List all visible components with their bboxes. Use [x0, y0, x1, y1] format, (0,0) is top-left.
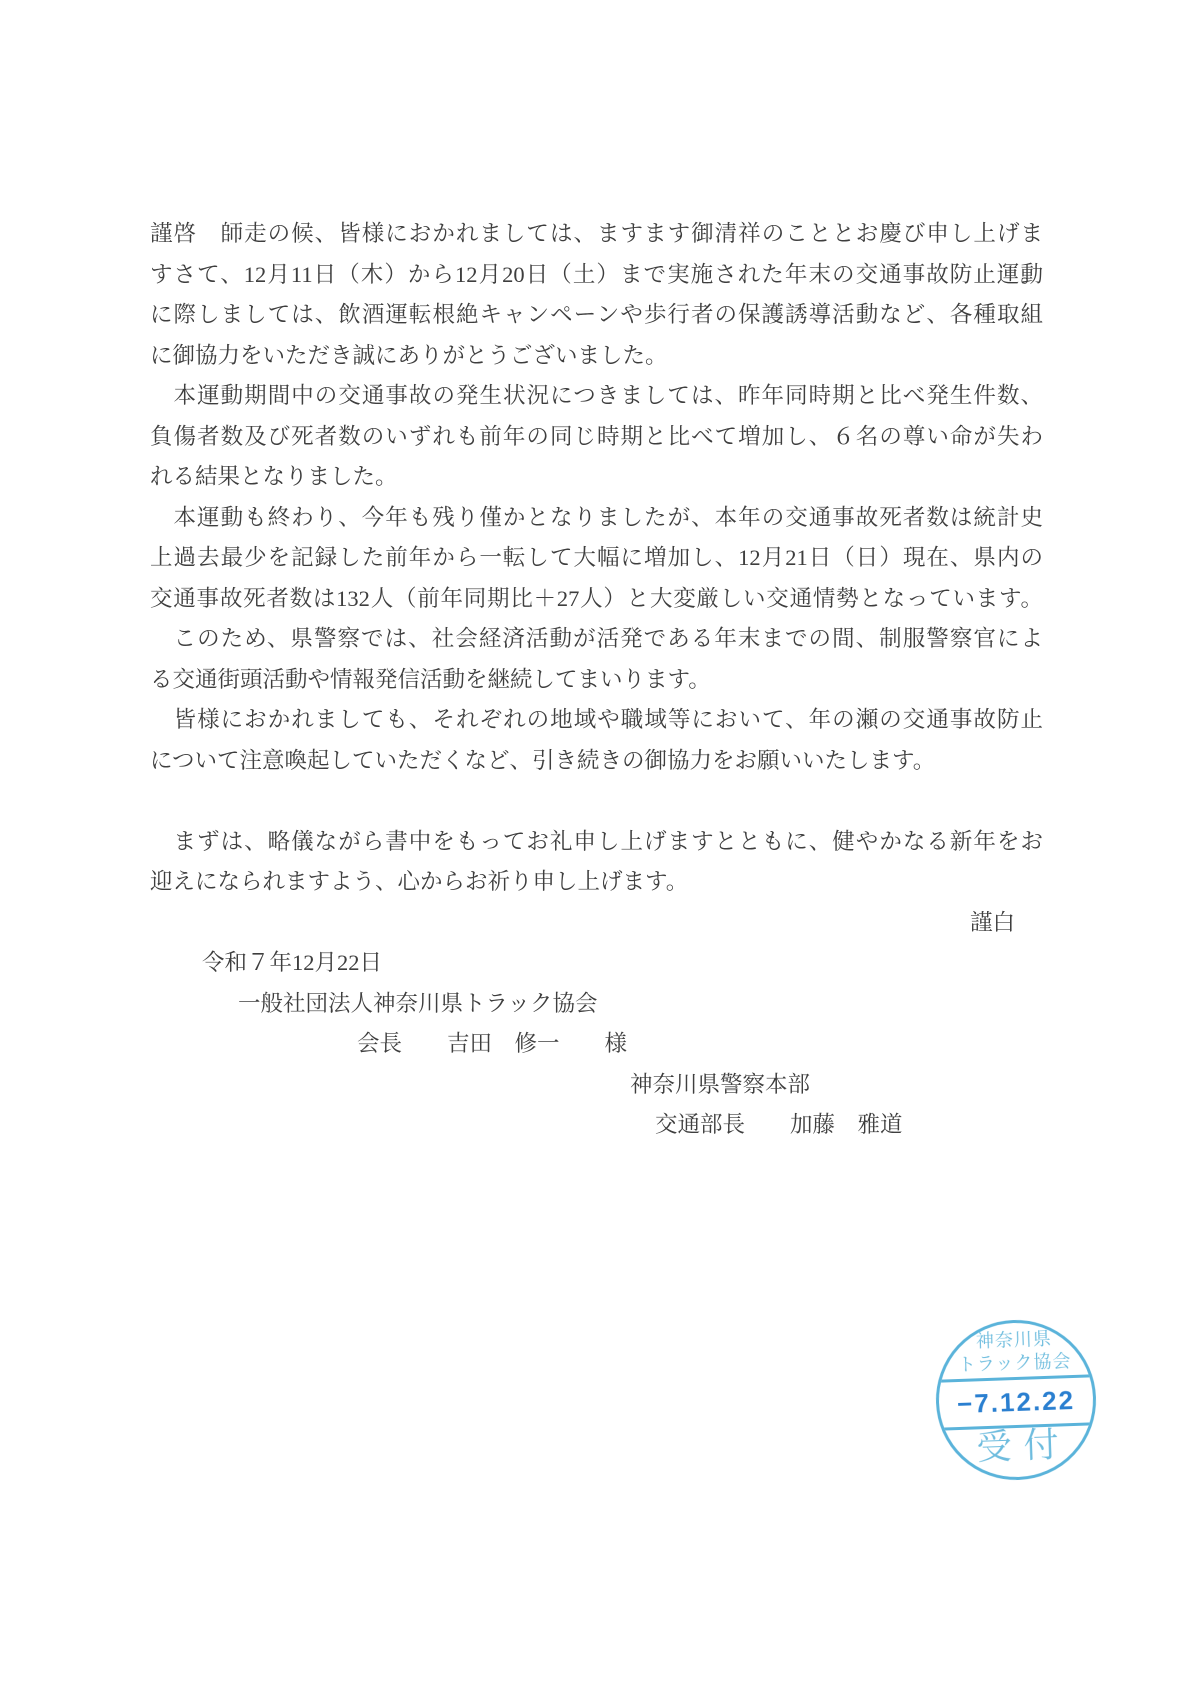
letter-line: れる結果となりました。: [150, 457, 1043, 498]
recipient-organization: 一般社団法人神奈川県トラック協会: [150, 984, 1043, 1025]
letter-line: まずは、略儀ながら書中をもってお礼申し上げますとともに、健やかなる新年をお: [150, 822, 1043, 863]
letter-line: について注意喚起していただくなど、引き続きの御協力をお願いいたします。: [150, 741, 1043, 782]
letter-line: る交通街頭活動や情報発信活動を継続してまいります。: [150, 660, 1043, 701]
letter-line: 交通事故死者数は132人（前年同期比＋27人）と大変厳しい交通情勢となっています…: [150, 579, 1043, 620]
letter-line: に際しましては、飲酒運転根絶キャンペーンや歩行者の保護誘導活動など、各種取組: [150, 295, 1043, 336]
closing-word: 謹白: [150, 903, 1043, 944]
letter-line: 本運動も終わり、今年も残り僅かとなりましたが、本年の交通事故死者数は統計史: [150, 498, 1043, 539]
sender-organization: 神奈川県警察本部: [150, 1065, 1043, 1106]
letter-page: 謹啓 師走の候、皆様におかれましては、ますます御清祥のこととお慶び申し上げます。…: [0, 0, 1190, 1682]
letter-line: 迎えになられますよう、心からお祈り申し上げます。: [150, 862, 1043, 903]
letter-line: 負傷者数及び死者数のいずれも前年の同じ時期と比べて増加し、６名の尊い命が失わ: [150, 417, 1043, 458]
letter-line: このため、県警察では、社会経済活動が活発である年末までの間、制服警察官によ: [150, 619, 1043, 660]
letter-line: さて、12月11日（木）から12月20日（土）まで実施された年末の交通事故防止運…: [150, 255, 1043, 296]
stamp-org-line2: トラック協会: [937, 1349, 1092, 1377]
letter-line: 皆様におかれましても、それぞれの地域や職域等において、年の瀬の交通事故防止: [150, 700, 1043, 741]
stamp-received-label: 受付: [940, 1416, 1096, 1471]
letter-line: 謹啓 師走の候、皆様におかれましては、ますます御清祥のこととお慶び申し上げます。: [150, 214, 1043, 255]
letter-blank-line: [150, 781, 1043, 822]
sender-name: 交通部長 加藤 雅道: [150, 1105, 1043, 1146]
stamp-date: −7.12.22: [957, 1385, 1076, 1420]
letter-line: に御協力をいただき誠にありがとうございました。: [150, 336, 1043, 377]
letter-body: 謹啓 師走の候、皆様におかれましては、ますます御清祥のこととお慶び申し上げます。…: [150, 214, 1043, 1146]
letter-date: 令和７年12月22日: [150, 943, 1043, 984]
letter-line: 本運動期間中の交通事故の発生状況につきましては、昨年同時期と比べ発生件数、: [150, 376, 1043, 417]
stamp-organization: 神奈川県 トラック協会: [937, 1326, 1093, 1377]
letter-line: 上過去最少を記録した前年から一転して大幅に増加し、12月21日（日）現在、県内の: [150, 538, 1043, 579]
reception-stamp: 神奈川県 トラック協会 −7.12.22 受付: [933, 1317, 1098, 1482]
recipient-name: 会長 吉田 修一 様: [150, 1024, 1043, 1065]
